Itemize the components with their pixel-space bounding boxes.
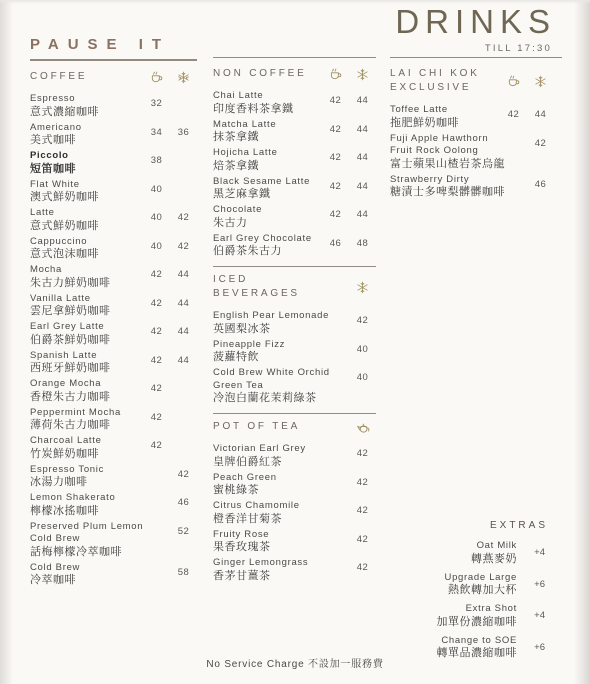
item-name-en: Lemon Shakerato <box>30 492 157 505</box>
menu-item: Preserved Plum Lemon Cold Brew 話梅檸檬冷萃咖啡 … <box>30 521 197 559</box>
menu-item: Chai Latte 印度香料茶拿鐵 42 44 <box>213 90 376 116</box>
section-label: ICED BEVERAGES <box>213 273 322 301</box>
item-name-zh: 果香玫瑰茶 <box>213 541 336 554</box>
non-coffee-list: Chai Latte 印度香料茶拿鐵 42 44 Matcha Latte 抹茶… <box>213 90 376 258</box>
price-hot: 42 <box>322 152 349 163</box>
exclusive-column: LAI CHI KOK EXCLUSIVE Toffee Latte 拖肥鮮奶咖… <box>390 57 562 199</box>
item-name-zh: 香橙朱古力咖啡 <box>30 391 157 404</box>
menu-item: Cold Brew White Orchid Green Tea 冷泡白蘭花茉莉… <box>213 367 376 405</box>
extras-item: Oat Milk 轉燕麥奶 +4 <box>330 540 545 566</box>
item-name-en: Piccolo <box>30 150 157 163</box>
item-name: Peppermint Mocha 薄荷朱古力咖啡 <box>30 407 197 433</box>
item-name-en: Earl Grey Latte <box>30 321 157 334</box>
brand-divider <box>30 59 197 61</box>
price-cold: 44 <box>349 152 376 163</box>
item-name-en: Pineapple Fizz <box>213 339 336 352</box>
item-name-en: Hojicha Latte <box>213 147 336 160</box>
menu-item: Americano 美式咖啡 34 36 <box>30 122 197 148</box>
price-cold: 44 <box>349 95 376 106</box>
item-name-en: Chocolate <box>213 204 336 217</box>
non-coffee-column: NON COFFEE Chai Latte 印度香料茶拿鐵 42 44 <box>213 57 376 583</box>
section-label-line2: EXCLUSIVE <box>390 81 500 95</box>
snowflake-icon <box>356 68 369 81</box>
item-name-zh: 意式鮮奶咖啡 <box>30 220 157 233</box>
item-name-zh: 朱古力 <box>213 217 336 230</box>
snowflake-icon <box>356 281 369 294</box>
pot-column-header <box>349 421 376 434</box>
price-cold: 44 <box>349 124 376 135</box>
item-name-en: Toffee Latte <box>390 104 514 117</box>
price-cold: 44 <box>527 109 554 120</box>
price-hot: 42 <box>322 209 349 220</box>
price-cold: 48 <box>349 238 376 249</box>
item-name: Extra Shot 加單份濃縮咖啡 <box>437 603 518 629</box>
item-name-zh: 美式咖啡 <box>30 134 157 147</box>
page-edge-right <box>574 0 590 684</box>
price-hot: 42 <box>143 383 170 394</box>
item-name-en: Peppermint Mocha <box>30 407 157 420</box>
price-cold: 40 <box>349 372 376 383</box>
price-cold: 44 <box>349 209 376 220</box>
item-name-en: Cappuccino <box>30 236 157 249</box>
menu-item: Cappuccino 意式泡沫咖啡 40 42 <box>30 236 197 262</box>
section-label: EXTRAS <box>330 520 548 531</box>
extra-price: +4 <box>517 547 545 558</box>
menu-item: Fuji Apple Hawthorn Fruit Rock Oolong 富士… <box>390 133 562 171</box>
item-name-zh: 皇牌伯爵紅茶 <box>213 456 336 469</box>
masthead: DRINKS TILL 17:30 <box>395 4 550 54</box>
item-name-en: Orange Mocha <box>30 378 157 391</box>
menu-item: Piccolo 短笛咖啡 38 <box>30 150 197 176</box>
price-hot: 42 <box>322 95 349 106</box>
item-name-zh: 冰湯力咖啡 <box>30 476 157 489</box>
item-name-zh: 冷萃咖啡 <box>30 574 157 587</box>
menu-item: Spanish Latte 西班牙鮮奶咖啡 42 44 <box>30 350 197 376</box>
item-name-zh: 薄荷朱古力咖啡 <box>30 419 157 432</box>
price-hot: 40 <box>143 212 170 223</box>
item-name-zh: 香茅甘薑茶 <box>213 570 336 583</box>
item-name-zh: 意式泡沫咖啡 <box>30 248 157 261</box>
item-name-en: Matcha Latte <box>213 119 336 132</box>
item-name-zh: 黑芝麻拿鐵 <box>213 188 336 201</box>
hot-column-header <box>143 70 170 84</box>
price-cold: 42 <box>349 315 376 326</box>
item-name: Upgrade Large 熱飲轉加大杯 <box>445 572 517 598</box>
menu-item: Espresso Tonic 冰湯力咖啡 42 <box>30 464 197 490</box>
item-name-zh: 伯爵茶朱古力 <box>213 245 336 258</box>
menu-item: Vanilla Latte 雲尼拿鮮奶咖啡 42 44 <box>30 293 197 319</box>
item-name-zh: 西班牙鮮奶咖啡 <box>30 362 157 375</box>
item-name-en: Preserved Plum Lemon Cold Brew <box>30 521 157 546</box>
price-hot: 40 <box>143 184 170 195</box>
item-name-en: Victorian Earl Grey <box>213 443 336 456</box>
item-name-zh: 糖漬士多啤梨髒髒咖啡 <box>390 186 514 199</box>
section-header-non-coffee: NON COFFEE <box>213 67 376 81</box>
menu-item: Charcoal Latte 竹炭鮮奶咖啡 42 <box>30 435 197 461</box>
price-hot: 42 <box>143 412 170 423</box>
price-cold: 42 <box>170 241 197 252</box>
snowflake-icon <box>177 71 190 84</box>
price-cold: 44 <box>170 355 197 366</box>
price-hot: 42 <box>143 326 170 337</box>
cold-column-header <box>349 281 376 294</box>
item-name-en: Americano <box>30 122 157 135</box>
item-name-en: Fruity Rose <box>213 529 336 542</box>
price-hot: 42 <box>500 109 527 120</box>
footer-note: No Service Charge 不設加一服務費 <box>0 655 590 670</box>
menu-item: Peppermint Mocha 薄荷朱古力咖啡 42 <box>30 407 197 433</box>
extra-price: +6 <box>517 579 545 590</box>
price-cold: 46 <box>170 497 197 508</box>
section-label-line1: LAI CHI KOK <box>390 67 500 81</box>
brand-logo: PAUSE IT <box>30 36 197 53</box>
item-name-en: Upgrade Large <box>445 572 517 585</box>
page-subtitle: TILL 17:30 <box>395 43 552 54</box>
price-hot: 38 <box>143 155 170 166</box>
item-name-en: Chai Latte <box>213 90 336 103</box>
item-name: Oat Milk 轉燕麥奶 <box>471 540 517 566</box>
cold-column-header <box>170 71 197 84</box>
section-header-exclusive: LAI CHI KOK EXCLUSIVE <box>390 67 562 95</box>
menu-item: Latte 意式鮮奶咖啡 40 42 <box>30 207 197 233</box>
item-name-zh: 富士蘋果山楂岩茶烏龍 <box>390 158 514 171</box>
menu-item: Flat White 澳式鮮奶咖啡 40 <box>30 179 197 205</box>
item-name-en: Latte <box>30 207 157 220</box>
item-name-en: Mocha <box>30 264 157 277</box>
item-name-en: English Pear Lemonade <box>213 310 336 323</box>
page-title: DRINKS <box>395 4 556 40</box>
price-cold: 58 <box>170 567 197 578</box>
item-name-zh: 短笛咖啡 <box>30 163 157 176</box>
price-hot: 42 <box>143 355 170 366</box>
snowflake-icon <box>534 75 547 88</box>
item-name-en: Charcoal Latte <box>30 435 157 448</box>
price-hot: 42 <box>322 124 349 135</box>
extra-price: +6 <box>517 642 545 653</box>
item-name-zh: 焙茶拿鐵 <box>213 160 336 173</box>
item-name-zh: 檸檬冰搖咖啡 <box>30 505 157 518</box>
item-name: Flat White 澳式鮮奶咖啡 <box>30 179 197 205</box>
coffee-cup-icon <box>329 67 343 81</box>
price-cold: 42 <box>170 469 197 480</box>
menu-item: Toffee Latte 拖肥鮮奶咖啡 42 44 <box>390 104 562 130</box>
item-name-en: Strawberry Dirty <box>390 174 514 187</box>
menu-item: Cold Brew 冷萃咖啡 58 <box>30 562 197 588</box>
price-cold: 42 <box>349 505 376 516</box>
item-name: Espresso 意式濃縮咖啡 <box>30 93 197 119</box>
price-hot: 42 <box>143 440 170 451</box>
price-cold: 44 <box>170 326 197 337</box>
menu-item: English Pear Lemonade 英國梨冰茶 42 <box>213 310 376 336</box>
menu-item: Lemon Shakerato 檸檬冰搖咖啡 46 <box>30 492 197 518</box>
item-name-zh: 印度香料茶拿鐵 <box>213 103 336 116</box>
price-hot: 42 <box>143 298 170 309</box>
page-edge-left <box>0 0 13 684</box>
item-name-en: Vanilla Latte <box>30 293 157 306</box>
item-name-zh: 加單份濃縮咖啡 <box>437 616 518 629</box>
menu-item: Strawberry Dirty 糖漬士多啤梨髒髒咖啡 46 <box>390 174 562 200</box>
price-hot: 42 <box>143 269 170 280</box>
menu-item: Espresso 意式濃縮咖啡 32 <box>30 93 197 119</box>
item-name-en: Oat Milk <box>471 540 517 553</box>
section-label: COFFEE <box>30 70 143 84</box>
menu-item: Earl Grey Latte 伯爵茶鮮奶咖啡 42 44 <box>30 321 197 347</box>
coffee-list: Espresso 意式濃縮咖啡 32 Americano 美式咖啡 34 36 … <box>30 93 197 587</box>
item-name-zh: 英國梨冰茶 <box>213 323 336 336</box>
price-cold: 42 <box>349 477 376 488</box>
item-name-zh: 朱古力鮮奶咖啡 <box>30 277 157 290</box>
item-name: Charcoal Latte 竹炭鮮奶咖啡 <box>30 435 197 461</box>
price-hot: 42 <box>322 181 349 192</box>
item-name-zh: 熱飲轉加大杯 <box>445 584 517 597</box>
item-name-zh: 竹炭鮮奶咖啡 <box>30 448 157 461</box>
price-cold: 46 <box>527 179 554 190</box>
menu-item: Hojicha Latte 焙茶拿鐵 42 44 <box>213 147 376 173</box>
menu-item: Peach Green 蜜桃綠茶 42 <box>213 472 376 498</box>
coffee-cup-icon <box>150 70 164 84</box>
item-name-en: Earl Grey Chocolate <box>213 233 336 246</box>
item-name-zh: 意式濃縮咖啡 <box>30 106 157 119</box>
section-label: POT OF TEA <box>213 420 322 434</box>
price-cold: 44 <box>170 269 197 280</box>
price-hot: 46 <box>322 238 349 249</box>
price-cold: 52 <box>170 526 197 537</box>
extras-section: EXTRAS Oat Milk 轉燕麥奶 +4 Upgrade Large 熱飲… <box>330 520 545 660</box>
item-name-zh: 菠蘿特飲 <box>213 351 336 364</box>
item-name-en: Cold Brew <box>30 562 157 575</box>
item-name-zh: 蜜桃綠茶 <box>213 484 336 497</box>
item-name-zh: 轉燕麥奶 <box>471 553 517 566</box>
coffee-cup-icon <box>507 74 521 88</box>
price-cold: 44 <box>170 298 197 309</box>
column-divider <box>390 57 562 58</box>
item-name-zh: 澳式鮮奶咖啡 <box>30 191 157 204</box>
section-header-coffee: COFFEE <box>30 70 197 84</box>
price-hot: 34 <box>143 127 170 138</box>
item-name-en: Espresso Tonic <box>30 464 157 477</box>
item-name-zh: 雲尼拿鮮奶咖啡 <box>30 305 157 318</box>
iced-list: English Pear Lemonade 英國梨冰茶 42 Pineapple… <box>213 310 376 405</box>
price-hot: 32 <box>143 98 170 109</box>
price-cold: 42 <box>170 212 197 223</box>
cold-column-header <box>349 68 376 81</box>
item-name-en: Citrus Chamomile <box>213 500 336 513</box>
item-name-en: Espresso <box>30 93 157 106</box>
section-divider <box>213 413 376 414</box>
coffee-column: PAUSE IT COFFEE Espresso 意式濃縮咖啡 32 <box>30 36 197 587</box>
item-name-en: Flat White <box>30 179 157 192</box>
item-name-en: Ginger Lemongrass <box>213 557 336 570</box>
extras-list: Oat Milk 轉燕麥奶 +4 Upgrade Large 熱飲轉加大杯 +6… <box>330 540 545 660</box>
extras-item: Upgrade Large 熱飲轉加大杯 +6 <box>330 572 545 598</box>
item-name: Piccolo 短笛咖啡 <box>30 150 197 176</box>
cold-column-header <box>527 75 554 88</box>
exclusive-list: Toffee Latte 拖肥鮮奶咖啡 42 44 Fuji Apple Haw… <box>390 104 562 199</box>
item-name-en: Extra Shot <box>437 603 518 616</box>
menu-item: Pineapple Fizz 菠蘿特飲 40 <box>213 339 376 365</box>
price-cold: 42 <box>349 448 376 459</box>
item-name-en: Change to SOE <box>437 635 518 648</box>
price-cold: 36 <box>170 127 197 138</box>
menu-item: Chocolate 朱古力 42 44 <box>213 204 376 230</box>
item-name-zh: 抹茶拿鐵 <box>213 131 336 144</box>
section-divider <box>213 266 376 267</box>
item-name-en: Fuji Apple Hawthorn Fruit Rock Oolong <box>390 133 514 158</box>
extras-item: Extra Shot 加單份濃縮咖啡 +4 <box>330 603 545 629</box>
section-header-iced: ICED BEVERAGES <box>213 273 376 301</box>
hot-column-header <box>322 67 349 81</box>
price-cold: 44 <box>349 181 376 192</box>
item-name-en: Peach Green <box>213 472 336 485</box>
item-name-zh: 橙香洋甘菊茶 <box>213 513 336 526</box>
menu-item: Orange Mocha 香橙朱古力咖啡 42 <box>30 378 197 404</box>
teapot-icon <box>355 421 371 434</box>
item-name-en: Cold Brew White Orchid Green Tea <box>213 367 336 392</box>
menu-item: Black Sesame Latte 黑芝麻拿鐵 42 44 <box>213 176 376 202</box>
extra-price: +4 <box>517 610 545 621</box>
item-name-zh: 話梅檸檬冷萃咖啡 <box>30 546 157 559</box>
hot-column-header <box>500 74 527 88</box>
menu-item: Mocha 朱古力鮮奶咖啡 42 44 <box>30 264 197 290</box>
price-cold: 40 <box>349 344 376 355</box>
section-label: NON COFFEE <box>213 67 322 81</box>
column-divider <box>213 57 376 58</box>
item-name-zh: 冷泡白蘭花茉莉綠茶 <box>213 392 336 405</box>
price-hot: 40 <box>143 241 170 252</box>
item-name-zh: 拖肥鮮奶咖啡 <box>390 117 514 130</box>
menu-item: Matcha Latte 抹茶拿鐵 42 44 <box>213 119 376 145</box>
item-name-en: Spanish Latte <box>30 350 157 363</box>
item-name-en: Black Sesame Latte <box>213 176 336 189</box>
price-cold: 42 <box>527 138 554 149</box>
item-name: Orange Mocha 香橙朱古力咖啡 <box>30 378 197 404</box>
menu-item: Victorian Earl Grey 皇牌伯爵紅茶 42 <box>213 443 376 469</box>
menu-item: Earl Grey Chocolate 伯爵茶朱古力 46 48 <box>213 233 376 259</box>
section-label: LAI CHI KOK EXCLUSIVE <box>390 67 500 95</box>
section-header-pot-of-tea: POT OF TEA <box>213 420 376 434</box>
item-name-zh: 伯爵茶鮮奶咖啡 <box>30 334 157 347</box>
